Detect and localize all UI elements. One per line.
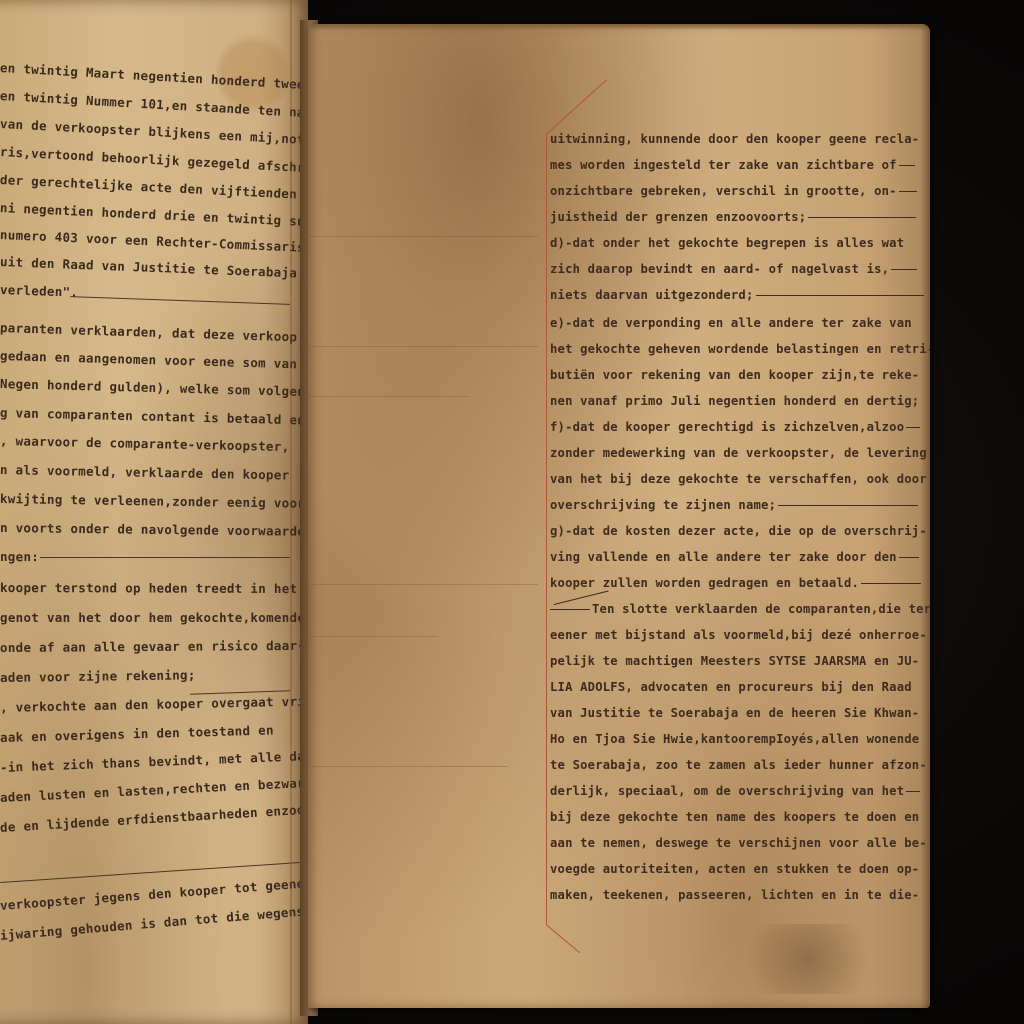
right-line: butiën voor rekening van den kooper zijn…	[550, 368, 919, 382]
right-line: maken, teekenen, passeeren, lichten en i…	[550, 888, 919, 902]
left-line: aden voor zijne rekening;	[0, 667, 196, 685]
left-page: en twintig Maart negentien honderd twee-…	[0, 0, 308, 1024]
right-line: van het bij deze gekochte te verschaffen…	[550, 472, 927, 486]
right-line: e)-dat de verponding en alle andere ter …	[550, 316, 912, 330]
right-line-text: ving vallende en alle andere ter zake do…	[550, 550, 897, 564]
left-line: g van comparanten contant is betaald en-	[0, 405, 308, 428]
red-margin-diagonal-bottom	[546, 924, 580, 953]
right-line: te Soerabaja, zoo te zamen als ieder hun…	[550, 758, 927, 772]
right-line: van Justitie te Soerabaja en de heeren S…	[550, 706, 919, 720]
left-line: kwijting te verleenen,zonder eenig voor-	[0, 491, 308, 511]
right-line: juistheid der grenzen enzoovoorts;	[550, 210, 916, 224]
right-line: aan te nemen, deswege te verschijnen voo…	[550, 836, 927, 850]
faint-ruled-line	[308, 636, 438, 637]
right-line: eener met bijstand als voormeld,bij dezé…	[550, 628, 927, 642]
left-line: n voorts onder de navolgende voorwaarden…	[0, 520, 308, 539]
left-line: numero 403 voor een Rechter-Commissaris-	[0, 227, 308, 255]
right-line: zonder medewerking van de verkoopster, d…	[550, 446, 927, 460]
left-line: ni negentien honderd drie en twintig sub…	[0, 200, 308, 230]
right-line: overschrijving te zijnen name;	[550, 498, 918, 512]
left-line: kooper terstond op heden treedt in het	[0, 580, 297, 596]
right-line: g)-dat de kosten dezer acte, die op de o…	[550, 524, 927, 538]
right-page: uitwinning, kunnende door den kooper gee…	[308, 24, 930, 1008]
faint-ruled-line	[308, 346, 538, 347]
left-line: n als voormeld, verklaarde den kooper	[0, 462, 290, 483]
faint-ruled-line	[308, 584, 538, 585]
right-line: kooper zullen worden gedragen en betaald…	[550, 576, 921, 590]
left-line: der gerechtelijke acte den vijftienden J…	[0, 172, 308, 203]
right-line: onzichtbare gebreken, verschil in groott…	[550, 184, 917, 198]
left-line: Negen honderd gulden), welke som volgens…	[0, 376, 308, 399]
left-line: van de verkoopster blijkens een mij,nota…	[0, 116, 308, 148]
line-filler	[40, 557, 290, 558]
left-line: verleden".	[0, 282, 78, 300]
right-line-text: overschrijving te zijnen name;	[550, 498, 776, 512]
right-line: bij deze gekochte ten name des koopers t…	[550, 810, 919, 824]
faint-ruled-line	[308, 236, 538, 237]
right-line: Ten slotte verklaarden de comparanten,di…	[550, 602, 930, 616]
left-line: , verkochte aan den kooper overgaat vrij	[0, 693, 308, 715]
right-line: mes worden ingesteld ter zake van zichtb…	[550, 158, 915, 172]
right-line-text: zich daarop bevindt en aard- of nagelvas…	[550, 262, 889, 276]
right-line: pelijk te machtigen Meesters SYTSE JAARS…	[550, 654, 919, 668]
right-line: LIA ADOLFS, advocaten en procureurs bij …	[550, 680, 912, 694]
right-line-text: niets daarvan uitgezonderd;	[550, 288, 754, 302]
right-line-text: juistheid der grenzen enzoovoorts;	[550, 210, 806, 224]
right-line: voegde autoriteiten, acten en stukken te…	[550, 862, 919, 876]
faint-ruled-line	[308, 396, 468, 397]
left-line: uit den Raad van Justitie te Soerabaja	[0, 254, 297, 280]
left-page-margin-line	[290, 0, 292, 1024]
left-line: genot van het door hem gekochte,komende-	[0, 610, 308, 625]
right-line-text: onzichtbare gebreken, verschil in groott…	[550, 184, 897, 198]
right-line-text: derlijk, speciaal, om de overschrijving …	[550, 784, 904, 798]
left-line: de en lijdende erfdienstbaarheden enzoo-	[0, 801, 308, 835]
right-line: d)-dat onder het gekochte begrepen is al…	[550, 236, 904, 250]
left-line: , waarvoor de comparante-verkoopster,	[0, 433, 290, 454]
left-line: aden lusten en lasten,rechten en bezware…	[0, 774, 308, 805]
line-filler	[70, 296, 290, 305]
right-line: het gekochte geheven wordende belastinge…	[550, 342, 930, 356]
red-margin-line	[546, 134, 547, 924]
document-photo: en twintig Maart negentien honderd twee-…	[0, 0, 1024, 1024]
left-line: ngen:	[0, 549, 39, 564]
right-line: niets daarvan uitgezonderd;	[550, 288, 924, 302]
left-line: onde af aan alle gevaar en risico daar-	[0, 638, 305, 655]
left-line: -in het zich thans bevindt, met alle daa…	[0, 748, 308, 775]
red-margin-diagonal-top	[546, 79, 608, 135]
right-line-text: Ten slotte verklaarden de comparanten,di…	[592, 602, 930, 616]
page-top-edge	[308, 24, 930, 30]
right-line: ving vallende en alle andere ter zake do…	[550, 550, 919, 564]
right-line-text: mes worden ingesteld ter zake van zichtb…	[550, 158, 897, 172]
left-line: aak en overigens in den toestand en	[0, 722, 274, 745]
right-line: zich daarop bevindt en aard- of nagelvas…	[550, 262, 917, 276]
left-line: paranten verklaarden, dat deze verkoop e…	[0, 320, 308, 345]
foxing-stain	[728, 924, 888, 994]
right-line: Ho en Tjoa Sie Hwie,kantoorempIoyés,alle…	[550, 732, 919, 746]
right-line-text: kooper zullen worden gedragen en betaald…	[550, 576, 859, 590]
page-right-edge	[920, 24, 930, 1008]
right-line: uitwinning, kunnende door den kooper gee…	[550, 132, 919, 146]
right-line-text: f)-dat de kooper gerechtigd is zichzelve…	[550, 420, 904, 434]
faint-ruled-line	[308, 766, 508, 767]
left-line: ris,vertoond behoorlijk gezegeld afschri…	[0, 144, 308, 176]
right-line: derlijk, speciaal, om de overschrijving …	[550, 784, 920, 798]
right-line: nen vanaf primo Juli negentien honderd e…	[550, 394, 919, 408]
left-line: gedaan en aangenomen voor eene som van	[0, 348, 297, 371]
right-line: f)-dat de kooper gerechtigd is zichzelve…	[550, 420, 920, 434]
